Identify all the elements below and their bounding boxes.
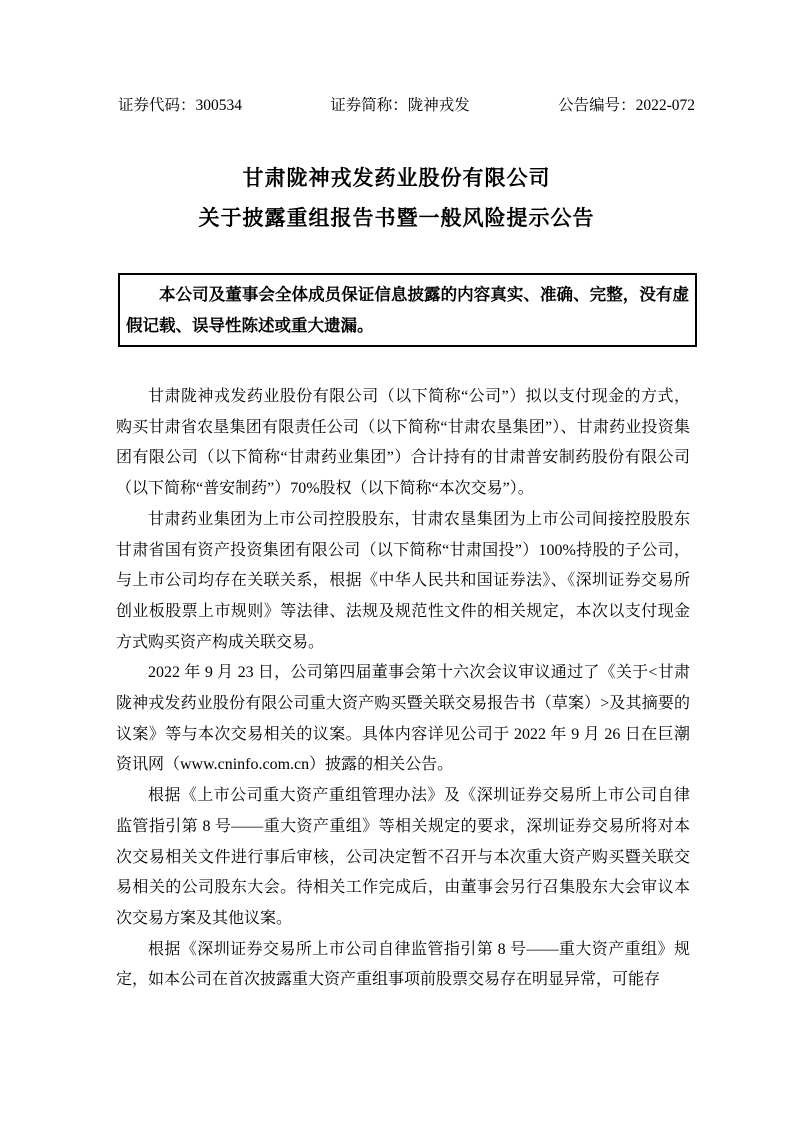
stock-code: 证券代码：300534 bbox=[118, 96, 242, 116]
stock-abbr: 证券简称：陇神戎发 bbox=[330, 96, 470, 116]
body-paragraph: 根据《深圳证券交易所上市公司自律监管指引第 8 号——重大资产重组》规定，如本公… bbox=[116, 935, 690, 996]
body-paragraph: 2022 年 9 月 23 日，公司第四届董事会第十六次会议审议通过了《关于<甘… bbox=[116, 658, 690, 781]
document-page: 证券代码：300534 证券简称：陇神戎发 公告编号：2022-072 甘肃陇神… bbox=[0, 0, 793, 1122]
declaration-text: 本公司及董事会全体成员保证信息披露的内容真实、准确、完整，没有虚假记载、误导性陈… bbox=[126, 279, 689, 341]
doc-title-line2: 关于披露重组报告书暨一般风险提示公告 bbox=[0, 198, 793, 238]
doc-title-line1: 甘肃陇神戎发药业股份有限公司 bbox=[0, 158, 793, 198]
body-paragraph: 甘肃陇神戎发药业股份有限公司（以下简称“公司”）拟以支付现金的方式，购买甘肃省农… bbox=[116, 382, 690, 505]
body-paragraph: 甘肃药业集团为上市公司控股股东，甘肃农垦集团为上市公司间接控股股东甘肃省国有资产… bbox=[116, 505, 690, 659]
body-paragraph: 根据《上市公司重大资产重组管理办法》及《深圳证券交易所上市公司自律监管指引第 8… bbox=[116, 781, 690, 935]
doc-body: 甘肃陇神戎发药业股份有限公司（以下简称“公司”）拟以支付现金的方式，购买甘肃省农… bbox=[116, 382, 690, 996]
announcement-number: 公告编号：2022-072 bbox=[558, 96, 695, 116]
doc-title: 甘肃陇神戎发药业股份有限公司 关于披露重组报告书暨一般风险提示公告 bbox=[0, 158, 793, 238]
declaration-box: 本公司及董事会全体成员保证信息披露的内容真实、准确、完整，没有虚假记载、误导性陈… bbox=[118, 273, 697, 347]
doc-header: 证券代码：300534 证券简称：陇神戎发 公告编号：2022-072 bbox=[118, 96, 695, 116]
